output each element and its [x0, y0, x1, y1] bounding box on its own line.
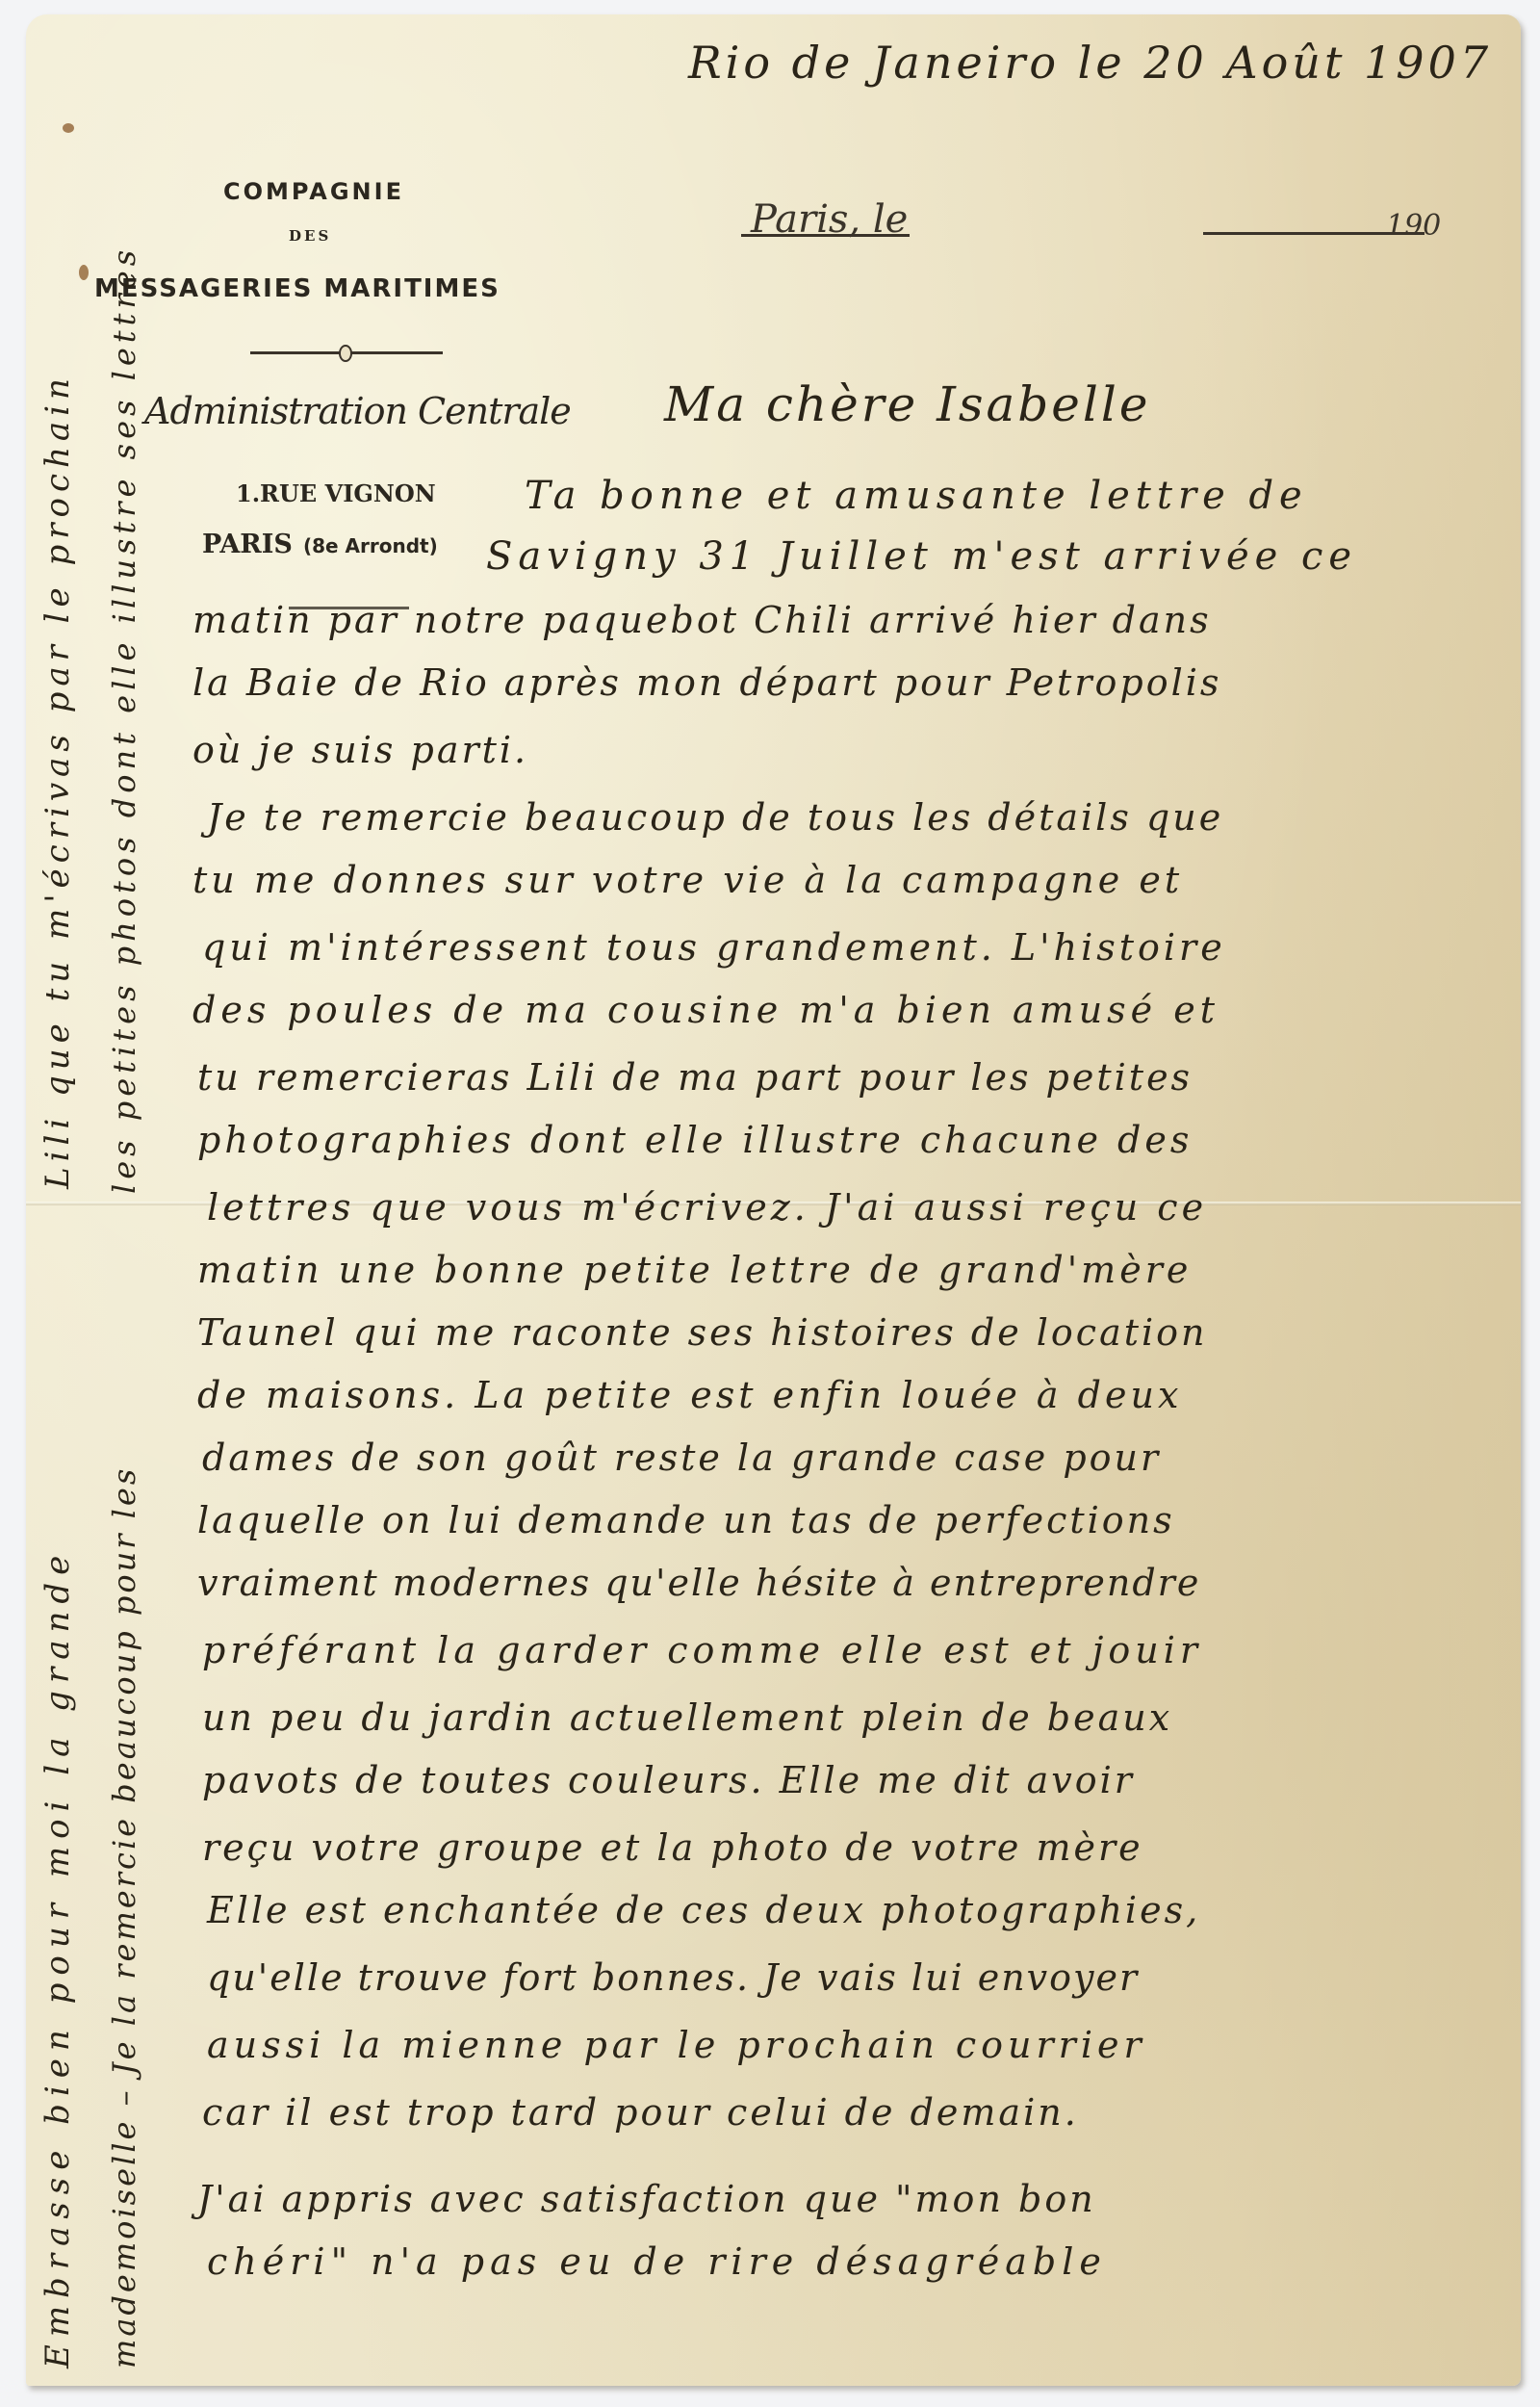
body-line: des poules de ma cousine m'a bien amusé …: [192, 992, 1219, 1028]
body-line: tu me donnes sur votre vie à la campagne…: [192, 862, 1183, 898]
body-line: aussi la mienne par le prochain courrier: [207, 2027, 1146, 2063]
body-line: matin une bonne petite lettre de grand'm…: [197, 1252, 1192, 1288]
margin-note-lower-col1: Embrasse bien pour moi la grande: [38, 1548, 77, 2368]
body-line: matin par notre paquebot Chili arrivé hi…: [192, 602, 1212, 638]
letterhead-city-line: PARIS (8e Arrondt): [202, 530, 438, 559]
body-line: lettres que vous m'écrivez. J'ai aussi r…: [207, 1189, 1207, 1226]
body-line: où je suis parti.: [192, 732, 528, 768]
body-line: la Baie de Rio après mon départ pour Pet…: [192, 664, 1221, 701]
margin-note-upper-col2: les petites photos dont elle illustre se…: [106, 246, 142, 1194]
body-line: pavots de toutes couleurs. Elle me dit a…: [202, 1762, 1135, 1799]
body-line: chéri" n'a pas eu de rire désagréable: [207, 2243, 1107, 2280]
letterhead-city: PARIS: [202, 530, 293, 559]
strike-year: [1203, 232, 1424, 235]
ink-stain: [63, 123, 74, 133]
letterhead-company-line2: DES: [289, 227, 331, 245]
body-line: car il est trop tard pour celui de demai…: [202, 2094, 1079, 2131]
letterhead-department: Administration Centrale: [144, 390, 571, 432]
letterhead-district: (8e Arrondt): [303, 534, 438, 557]
body-line: Ta bonne et amusante lettre de: [525, 477, 1308, 515]
body-line: vraiment modernes qu'elle hésite à entre…: [197, 1565, 1200, 1601]
margin-note-lower-col2: mademoiselle – Je la remercie beaucoup p…: [106, 1466, 142, 2368]
body-line: Je te remercie beaucoup de tous les déta…: [207, 799, 1223, 836]
printed-year: 190: [1386, 209, 1441, 243]
body-line: photographies dont elle illustre chacune…: [197, 1122, 1193, 1158]
body-line: un peu du jardin actuellement plein de b…: [202, 1699, 1172, 1736]
body-line: préférant la garder comme elle est et jo…: [202, 1632, 1202, 1669]
body-line: qu'elle trouve fort bonnes. Je vais lui …: [207, 1959, 1139, 1996]
body-line: de maisons. La petite est enfin louée à …: [197, 1377, 1182, 1413]
strike-place: [741, 234, 910, 237]
body-line: laquelle on lui demande un tas de perfec…: [197, 1502, 1175, 1539]
body-line: J'ai appris avec satisfaction que "mon b…: [197, 2181, 1096, 2217]
salutation: Ma chère Isabelle: [664, 380, 1150, 428]
body-line: qui m'intéressent tous grandement. L'his…: [202, 929, 1226, 966]
body-line: Elle est enchantée de ces deux photograp…: [207, 1892, 1200, 1928]
body-line: dames de son goût reste la grande case p…: [202, 1439, 1161, 1476]
ornament-icon: [339, 345, 352, 362]
body-line: reçu votre groupe et la photo de votre m…: [202, 1829, 1143, 1866]
letterhead-company-line1: COMPAGNIE: [223, 178, 404, 205]
letterhead-street: 1.RUE VIGNON: [236, 479, 436, 507]
margin-note-upper-col1: Lili que tu m'écrivas par le prochain: [38, 373, 77, 1189]
body-line: tu remercieras Lili de ma part pour les …: [197, 1059, 1193, 1096]
letterhead-company-line3: MESSAGERIES MARITIMES: [94, 274, 500, 303]
dateline: Rio de Janeiro le 20 Août 1907: [688, 40, 1492, 85]
body-line: Taunel qui me raconte ses histoires de l…: [197, 1314, 1208, 1351]
body-line: Savigny 31 Juillet m'est arrivée ce: [486, 537, 1357, 576]
ink-stain: [79, 265, 89, 280]
